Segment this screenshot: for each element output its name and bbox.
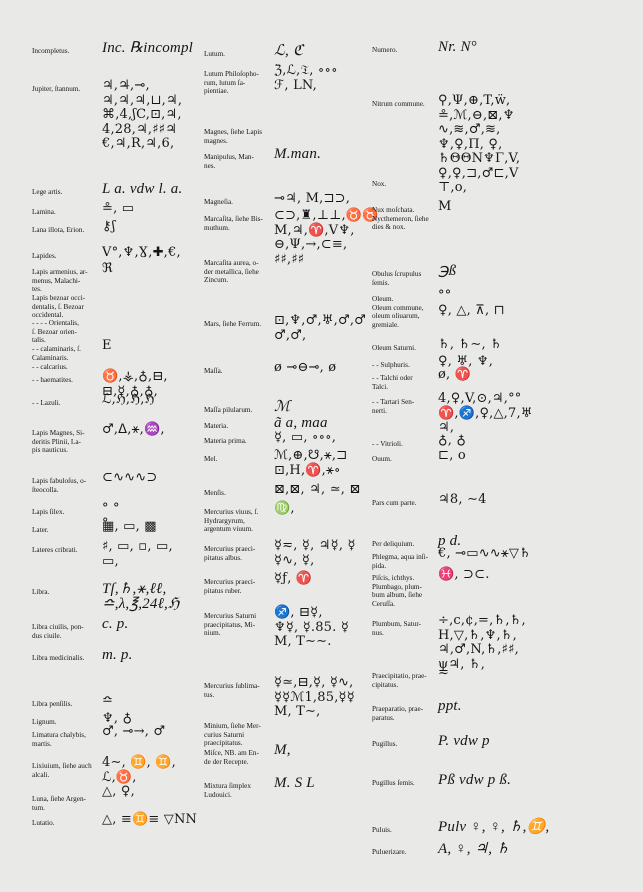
entry-term: - - Sulphuris. — [372, 361, 410, 370]
entry-symbols: ♂, ⊸→, ♂ — [102, 725, 165, 740]
entry-term: Marcaſita aurea, o- der metallica, ſiehe… — [204, 259, 259, 285]
entry-symbols: L a. vdw l. a. — [102, 182, 182, 197]
entry-term: Pars cum parte. — [372, 499, 417, 508]
entry-term: Mercurius praeci- pitatus albus. — [204, 545, 255, 562]
entry-symbols: ♓, ⊃⊂. — [438, 568, 490, 583]
entry-term: - - Lazuli. — [32, 399, 61, 408]
entry-term: Libra ciuilis, pon- dus ciuile. — [32, 623, 84, 640]
entry-symbols: Tſ,♄,⚹,ℓℓ, ≏,λ,℥,24ℓ,ℌ — [102, 582, 180, 611]
entry-symbols: ☿ƒ, ♈ — [274, 572, 312, 587]
entry-symbols: ⊂⊃,♜,⊥⊥,♉♉ M,♃,♈,V♆, ⊖,Ψ,→,⊂≡, — [274, 209, 379, 253]
entry-term: Mixtura ſimplex Ludouici. — [204, 782, 251, 799]
entry-symbols: ø, ♈ — [438, 368, 471, 383]
entry-symbols: P. vdw p — [438, 734, 490, 749]
entry-term: Magnes, ſiehe Lapis magnes. — [204, 128, 262, 145]
entry-term: Praeparatio, prae- paratus. — [372, 705, 423, 722]
entry-term: Oleum Saturni. — [372, 344, 416, 353]
entry-term: Ouum. — [372, 455, 392, 464]
entry-term: - - - - Orientalis, ſ. Bezoar orien- tal… — [32, 319, 79, 345]
entry-symbols: ℳ — [274, 400, 290, 415]
entry-term: - - haematites. — [32, 376, 73, 385]
entry-term: Plumbum, Satur- nus. — [372, 620, 421, 637]
entry-term: Lapides. — [32, 252, 57, 261]
entry-term: Incompletus. — [32, 47, 69, 56]
entry-symbols: 4,♀,V,⊙,♃,°° ♈,♐,♀,△,7,♅ ♃, — [438, 392, 533, 436]
entry-symbols: Nr. N° — [438, 40, 477, 55]
entry-term: Obulus ſcrupulus ſemis. — [372, 270, 421, 287]
entry-symbols: ⊠,⊠, ♃, ≃, ⊠ — [274, 483, 361, 498]
entry-symbols: ø ⊸⊖⊸, ø — [274, 361, 336, 376]
entry-symbols: ≗, ▭ — [102, 202, 134, 217]
entry-symbols: M.man. — [274, 147, 321, 162]
entry-symbols: ⚲,Ψ,⊕,T,ẅ, ≗,ℳ,⊖,⊠,♆ ∿,≋,♂,≋, ♆,♀,Π, ♀, … — [438, 94, 520, 196]
entry-symbols: ℳ,⊕,☋,⚹,⊐ ⊡,H,♈,⚹∘ — [274, 449, 347, 478]
entry-term: Lateres cribrati. — [32, 546, 78, 555]
column-1: Incompletus.Inc. ℞incomplJupiter, ſtannu… — [32, 0, 202, 892]
entry-symbols: €, ⊸▭∿∿⚹▽♄ — [438, 547, 531, 562]
entry-term: Lapis fabuloſus, o- ſteocolla. — [32, 477, 86, 494]
entry-symbols: ♯, ▭, ▫, ▭, ▭, — [102, 540, 173, 569]
entry-term: Miſce, NB. am En- de der Recepte. — [204, 749, 259, 766]
entry-symbols: ÷,c,¢,=,♄,♄, H,▽,♄,♆,♄, ♃,♂,N,♄,♯♯, ψ♃, … — [438, 614, 526, 672]
entry-symbols: ⊂∿∿∿⊃ — [102, 471, 157, 486]
entry-term: Lapis Magnes, Si- deritis Plinii, La- pi… — [32, 429, 85, 455]
entry-term: Lege artis. — [32, 188, 62, 197]
entry-term: Mercurius ſublima- tus. — [204, 682, 260, 699]
entry-symbols: ⚷ʃ — [102, 220, 115, 235]
entry-symbols: A, ♀, ♃, ♄ — [438, 842, 510, 857]
entry-symbols: ☿≃,⊟,☿, ☿∿, ☿☿ℳ1,85,☿☿ M, T∼, — [274, 676, 355, 720]
entry-symbols: ℒ, ℭ — [274, 44, 304, 59]
entry-term: Luna, ſiehe Argen- tum. — [32, 795, 86, 812]
entry-symbols: ppt. — [438, 699, 462, 714]
entry-term: Oleum. Oleum commune, oleum oliuarum, gr… — [372, 295, 424, 329]
column-2: Lutum.ℒ, ℭLutum Philoſopho- rum, lutum ſ… — [204, 0, 364, 892]
entry-term: Libra. — [32, 588, 49, 597]
entry-term: Lapis bezoar occi- dentalis, ſ. Bezoar o… — [32, 294, 85, 320]
entry-symbols: °° ♀, △, ⊼, ⊓ — [438, 289, 505, 318]
entry-symbols: Pulv ♀, ♀, ♄,♊, — [438, 820, 549, 835]
entry-symbols: m. p. — [102, 648, 133, 663]
entry-symbols: M. S L — [274, 776, 315, 791]
column-3: Numero.Nr. N°Nitrum commune.⚲,Ψ,⊕,T,ẅ, ≗… — [372, 0, 562, 892]
entry-term: - - calaminaris, ſ. Calaminaris. — [32, 345, 81, 362]
entry-term: Pugillus. — [372, 740, 397, 749]
entry-term: Magneſia. — [204, 198, 233, 207]
symbol-table-page: Incompletus.Inc. ℞incomplJupiter, ſtannu… — [0, 0, 643, 892]
entry-symbols: E — [102, 339, 112, 354]
entry-term: Lana illota, Erion. — [32, 226, 84, 235]
entry-term: Limatura chalybis, martis. — [32, 731, 86, 748]
entry-term: Libra medicinalis. — [32, 654, 84, 663]
entry-term: Jupiter, ſtannum. — [32, 85, 80, 94]
entry-symbols: ♃8, ∼4 — [438, 493, 487, 508]
entry-symbols: 4∼, ♊, ♊, ℒ,♉, △, ♀, — [102, 756, 202, 800]
entry-symbols: ☿≂, ☿, ♃☿, ☿ ☿∿, ☿, — [274, 539, 356, 568]
entry-symbols: ℈ß — [438, 264, 456, 279]
entry-term: Manipulus, Man- nes. — [204, 153, 254, 170]
entry-term: Lapis ſilex. — [32, 508, 64, 517]
entry-term: Minium, ſiehe Mer- curius Saturni praeci… — [204, 722, 261, 748]
entry-symbols: Inc. ℞incompl — [102, 41, 193, 56]
entry-symbols: ℨ,ℒ,𝔗, ∘∘∘ ℱ, LN, — [274, 64, 338, 93]
entry-term: Nux moſchata. Nycthemeron, ſiehe dies & … — [372, 206, 429, 232]
entry-term: Praecipitatio, prae- cipitatus. — [372, 672, 427, 689]
entry-term: Puluerizare. — [372, 848, 407, 857]
entry-term: Maſſa pilularum. — [204, 406, 252, 415]
entry-term: Mel. — [204, 455, 217, 464]
entry-symbols: ♁, ♁ — [438, 434, 466, 449]
entry-term: Mercurius praeci- pitatus ruber. — [204, 578, 255, 595]
entry-term: Lutum. — [204, 50, 225, 59]
entry-symbols: ♐, ⊟☿, ♆☿, ☿.85. ☿ M, T∼∼. — [274, 606, 349, 650]
entry-term: - - Talchi oder Talci. — [372, 374, 413, 391]
entry-symbols: ℜ — [102, 262, 113, 277]
entry-symbols: ⊏, o — [438, 449, 466, 464]
entry-term: Nox. — [372, 180, 386, 189]
entry-term: Lamina. — [32, 208, 56, 217]
entry-term: Piſcis, ichthys. Plumbago, plum- bum alb… — [372, 574, 422, 608]
entry-term: Marcaſita, ſiehe Bis- muthum. — [204, 215, 263, 232]
entry-term: Pugillus ſemis. — [372, 779, 415, 788]
entry-term: Lignum. — [32, 718, 57, 727]
entry-symbols: ã a, maa — [274, 416, 328, 431]
entry-term: Mercurius Saturni praecipitatus, Mi- niu… — [204, 612, 256, 638]
entry-symbols: ⊡,♆,♂,♅,♂,♂ ♂,♂, — [274, 314, 366, 343]
entry-term: Lixiuium, ſiehe auch alcali. — [32, 762, 92, 779]
entry-term: Mars, ſiehe Ferrum. — [204, 320, 261, 329]
entry-term: Lutum Philoſopho- rum, lutum ſa- pientia… — [204, 70, 259, 96]
entry-term: Lapis armenius, ar- menus, Malachi- tes. — [32, 268, 88, 294]
entry-symbols: ♍, — [274, 502, 295, 517]
entry-symbols: ℒ,ℌ,ℌ,ℌ — [102, 393, 155, 408]
entry-symbols: c. p. — [102, 617, 128, 632]
entry-symbols: ≏ — [102, 694, 113, 709]
entry-symbols: △, ≡♊≡ ▽NN — [102, 813, 197, 828]
entry-symbols: M, — [274, 743, 291, 758]
entry-term: Numero. — [372, 46, 397, 55]
entry-symbols: ♃,♃̶,⊸, ♃,♃,♃,⊔,♃, ⌘,4,ʃC,⊡,♃, 4,28,♃,♯♯… — [102, 79, 182, 152]
entry-symbols: ♄, ♄∼, ♄ — [438, 338, 502, 353]
entry-term: Lutatio. — [32, 819, 55, 828]
entry-symbols: ♯♯,♯♯ — [274, 253, 304, 268]
entry-term: Materia. — [204, 422, 228, 431]
entry-term: Mercurius viuus, ſ. Hydrargyrum, argentu… — [204, 508, 258, 534]
entry-term: - - Vitrioli. — [372, 440, 403, 449]
entry-term: Phlegma, aqua inſi- pida. — [372, 553, 428, 570]
entry-term: Libra penſilis. — [32, 700, 72, 709]
entry-symbols: V°,♆,Ɣ,✚,€, — [102, 246, 181, 261]
entry-symbols: ♂,ᐃ,⚹,♒, — [102, 423, 165, 438]
entry-term: Per deliquium. — [372, 540, 414, 549]
entry-symbols: M — [438, 200, 452, 215]
entry-symbols: ☿, ▭, ∘∘∘, — [274, 431, 336, 446]
entry-term: - - Tartari Sen- nerti. — [372, 398, 414, 415]
entry-symbols: ▦, ▭, ▩ — [102, 520, 157, 535]
entry-term: Later. — [32, 526, 49, 535]
entry-symbols: Pß vdw p ß. — [438, 773, 511, 788]
entry-term: Puluis. — [372, 826, 392, 835]
entry-term: Nitrum commune. — [372, 100, 425, 109]
entry-term: Maſſa. — [204, 367, 223, 376]
entry-term: Menſis. — [204, 489, 226, 498]
entry-symbols: ≂ — [438, 666, 449, 681]
entry-term: Materia prima. — [204, 437, 247, 446]
entry-term: - - calcarius. — [32, 363, 68, 372]
entry-symbols: ⊸♃, M,⊐⊃, — [274, 192, 350, 207]
